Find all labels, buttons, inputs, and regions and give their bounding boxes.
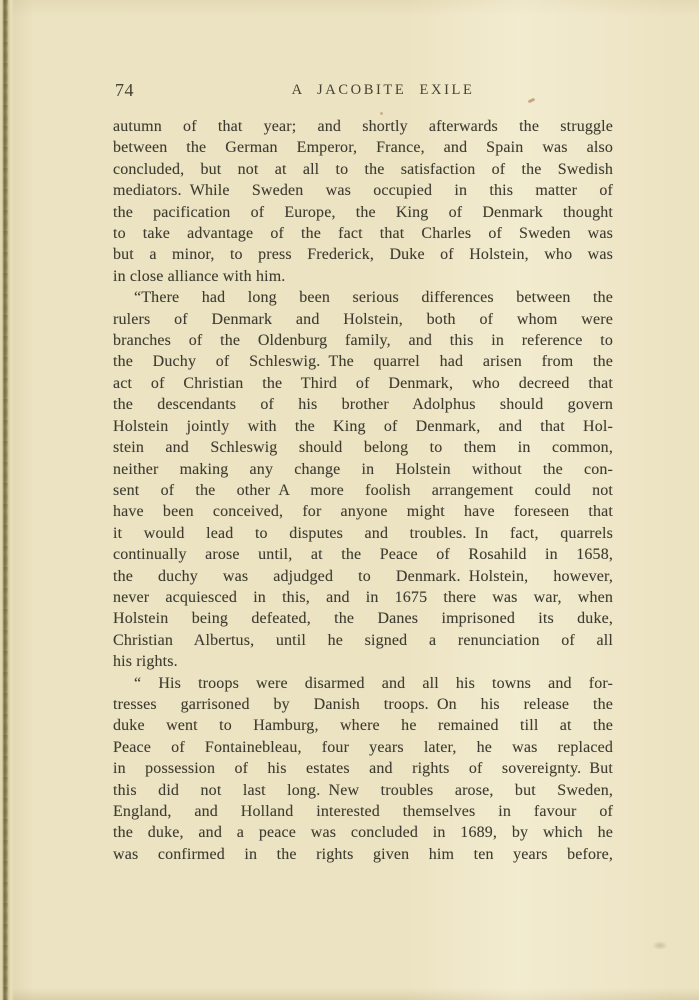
- text-line: neither making any change in Holstein wi…: [113, 459, 613, 480]
- text-line: branches of the Oldenburg family, and th…: [113, 330, 613, 351]
- scan-speck-dot: [380, 112, 383, 115]
- page-header-title: A JACOBITE EXILE: [153, 82, 613, 99]
- text-line: but a minor, to press Frederick, Duke of…: [113, 244, 613, 265]
- paragraph: “There had long been serious differences…: [113, 287, 613, 672]
- text-line: the pacification of Europe, the King of …: [113, 202, 613, 223]
- text-line: Holstein being defeated, the Danes impri…: [113, 608, 613, 629]
- text-line: stein and Schleswig should belong to the…: [113, 437, 613, 458]
- scan-smudge: [652, 941, 668, 950]
- page-number: 74: [115, 80, 134, 101]
- text-line: “There had long been serious differences…: [113, 287, 613, 308]
- running-head: 74 A JACOBITE EXILE: [113, 80, 613, 102]
- text-line: was confirmed in the rights given him te…: [113, 844, 613, 865]
- text-line: sent of the other A more foolish arrange…: [113, 480, 613, 501]
- text-line: act of Christian the Third of Denmark, w…: [113, 373, 613, 394]
- text-line: England, and Holland interested themselv…: [113, 801, 613, 822]
- paragraph: autumn of that year; and shortly afterwa…: [113, 116, 613, 287]
- text-line: it would lead to disputes and troubles. …: [113, 523, 613, 544]
- text-line: tresses garrisoned by Danish troops. On …: [113, 694, 613, 715]
- text-line: the Duchy of Schleswig. The quarrel had …: [113, 351, 613, 372]
- text-line: this did not last long. New troubles aro…: [113, 780, 613, 801]
- text-line: his rights.: [113, 651, 613, 672]
- text-line: rulers of Denmark and Holstein, both of …: [113, 309, 613, 330]
- text-line: Holstein jointly with the King of Denmar…: [113, 416, 613, 437]
- text-line: between the German Emperor, France, and …: [113, 137, 613, 158]
- text-line: the descendants of his brother Adolphus …: [113, 394, 613, 415]
- text-line: in possession of his estates and rights …: [113, 758, 613, 779]
- text-line: concluded, but not at all to the satisfa…: [113, 159, 613, 180]
- text-line: never acquiesced in this, and in 1675 th…: [113, 587, 613, 608]
- text-line: to take advantage of the fact that Charl…: [113, 223, 613, 244]
- text-line: the duke, and a peace was concluded in 1…: [113, 822, 613, 843]
- text-line: continually arose until, at the Peace of…: [113, 544, 613, 565]
- text-line: have been conceived, for anyone might ha…: [113, 501, 613, 522]
- text-line: Peace of Fontainebleau, four years later…: [113, 737, 613, 758]
- text-line: Christian Albertus, until he signed a re…: [113, 630, 613, 651]
- text-line: duke went to Hamburg, where he remained …: [113, 715, 613, 736]
- book-page-scan: 74 A JACOBITE EXILE autumn of that year;…: [0, 0, 699, 1000]
- text-line: autumn of that year; and shortly afterwa…: [113, 116, 613, 137]
- text-line: in close alliance with him.: [113, 266, 613, 287]
- paragraph: “ His troops were disarmed and all his t…: [113, 673, 613, 866]
- body-text: autumn of that year; and shortly afterwa…: [113, 116, 613, 865]
- text-line: the duchy was adjudged to Denmark. Holst…: [113, 566, 613, 587]
- binding-edge: [0, 0, 14, 1000]
- text-line: “ His troops were disarmed and all his t…: [113, 673, 613, 694]
- text-line: mediators. While Sweden was occupied in …: [113, 180, 613, 201]
